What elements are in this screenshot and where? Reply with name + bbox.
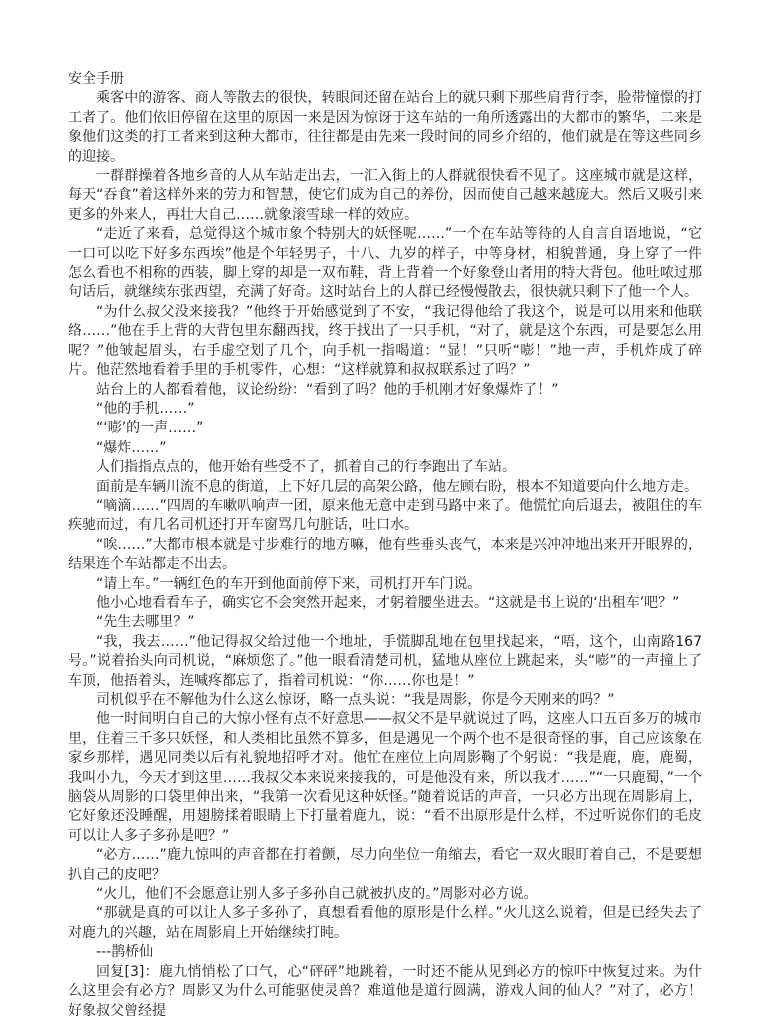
paragraph: “‘嘭’的一声……” [68,419,702,438]
paragraph: 站台上的人都看着他，议论纷纷：“看到了吗？他的手机刚才好象爆炸了！” [68,381,702,400]
paragraph: 乘客中的游客、商人等散去的很快，转眼间还留在站台上的就只剩下那些肩背行李，脸带憧… [68,89,702,167]
page-title: 安全手册 [68,70,702,89]
paragraph: “爆炸……” [68,439,702,458]
paragraph: 面前是车辆川流不息的街道，上下好几层的高架公路，他左顾右盼，根本不知道要向什么地… [68,478,702,497]
reply-paragraph: 回复[3]：鹿九悄悄松了口气，心“砰砰”地跳着，一时还不能从见到必方的惊吓中恢复… [68,963,702,1021]
paragraph: “那就是真的可以让人多子多孙了，真想看看他的原形是什么样。”火儿这么说着，但是已… [68,904,702,943]
paragraph: “为什么叔父没来接我？”他终于开始感觉到了不安，“我记得他给了我这个，说是可以用… [68,303,702,381]
paragraph: 人们指指点点的，他开始有些受不了，抓着自己的行李跑出了车站。 [68,458,702,477]
paragraph: “他的手机……” [68,400,702,419]
paragraph: “请上车。”一辆红色的车开到他面前停下来，司机打开车门说。 [68,575,702,594]
document-body: 乘客中的游客、商人等散去的很快，转眼间还留在站台上的就只剩下那些肩背行李，脸带憧… [68,89,702,1021]
paragraph: “必方……”鹿九惊叫的声音都在打着颤，尽力向坐位一角缩去，看它一双火眼盯着自己，… [68,846,702,885]
author-signature: ---鹊桥仙 [68,943,702,962]
paragraph: 一群群操着各地乡音的人从车站走出去，一汇入街上的人群就很快看不见了。这座城市就是… [68,167,702,225]
paragraph: 他一时间明白自己的大惊小怪有点不好意思——叔父不是早就说过了吗，这座人口五百多万… [68,710,702,846]
document-page: 安全手册 乘客中的游客、商人等散去的很快，转眼间还留在站台上的就只剩下那些肩背行… [0,0,768,1024]
paragraph: “先生去哪里？” [68,613,702,632]
paragraph: “我，我去……”他记得叔父给过他一个地址，手慌脚乱地在包里找起来，“唔，这个，山… [68,633,702,691]
paragraph: 他小心地看看车子，确实它不会突然开起来，才躬着腰坐进去。“这就是书上说的‘出租车… [68,594,702,613]
paragraph: “走近了来看，总觉得这个城市象个特别大的妖怪呢……”一个在车站等待的人自言自语地… [68,225,702,303]
paragraph: “唉……”大都市根本就是寸步难行的地方嘛，他有些垂头丧气，本来是兴冲冲地出来开开… [68,536,702,575]
paragraph: “嘀滴……”四周的车嗽叭响声一团，原来他无意中走到马路中来了。他慌忙向后退去，被… [68,497,702,536]
paragraph: 司机似乎在不解他为什么这么惊讶，略一点头说：“我是周影，你是今天刚来的吗？” [68,691,702,710]
paragraph: “火儿，他们不会愿意让别人多子多孙自己就被扒皮的。”周影对必方说。 [68,885,702,904]
